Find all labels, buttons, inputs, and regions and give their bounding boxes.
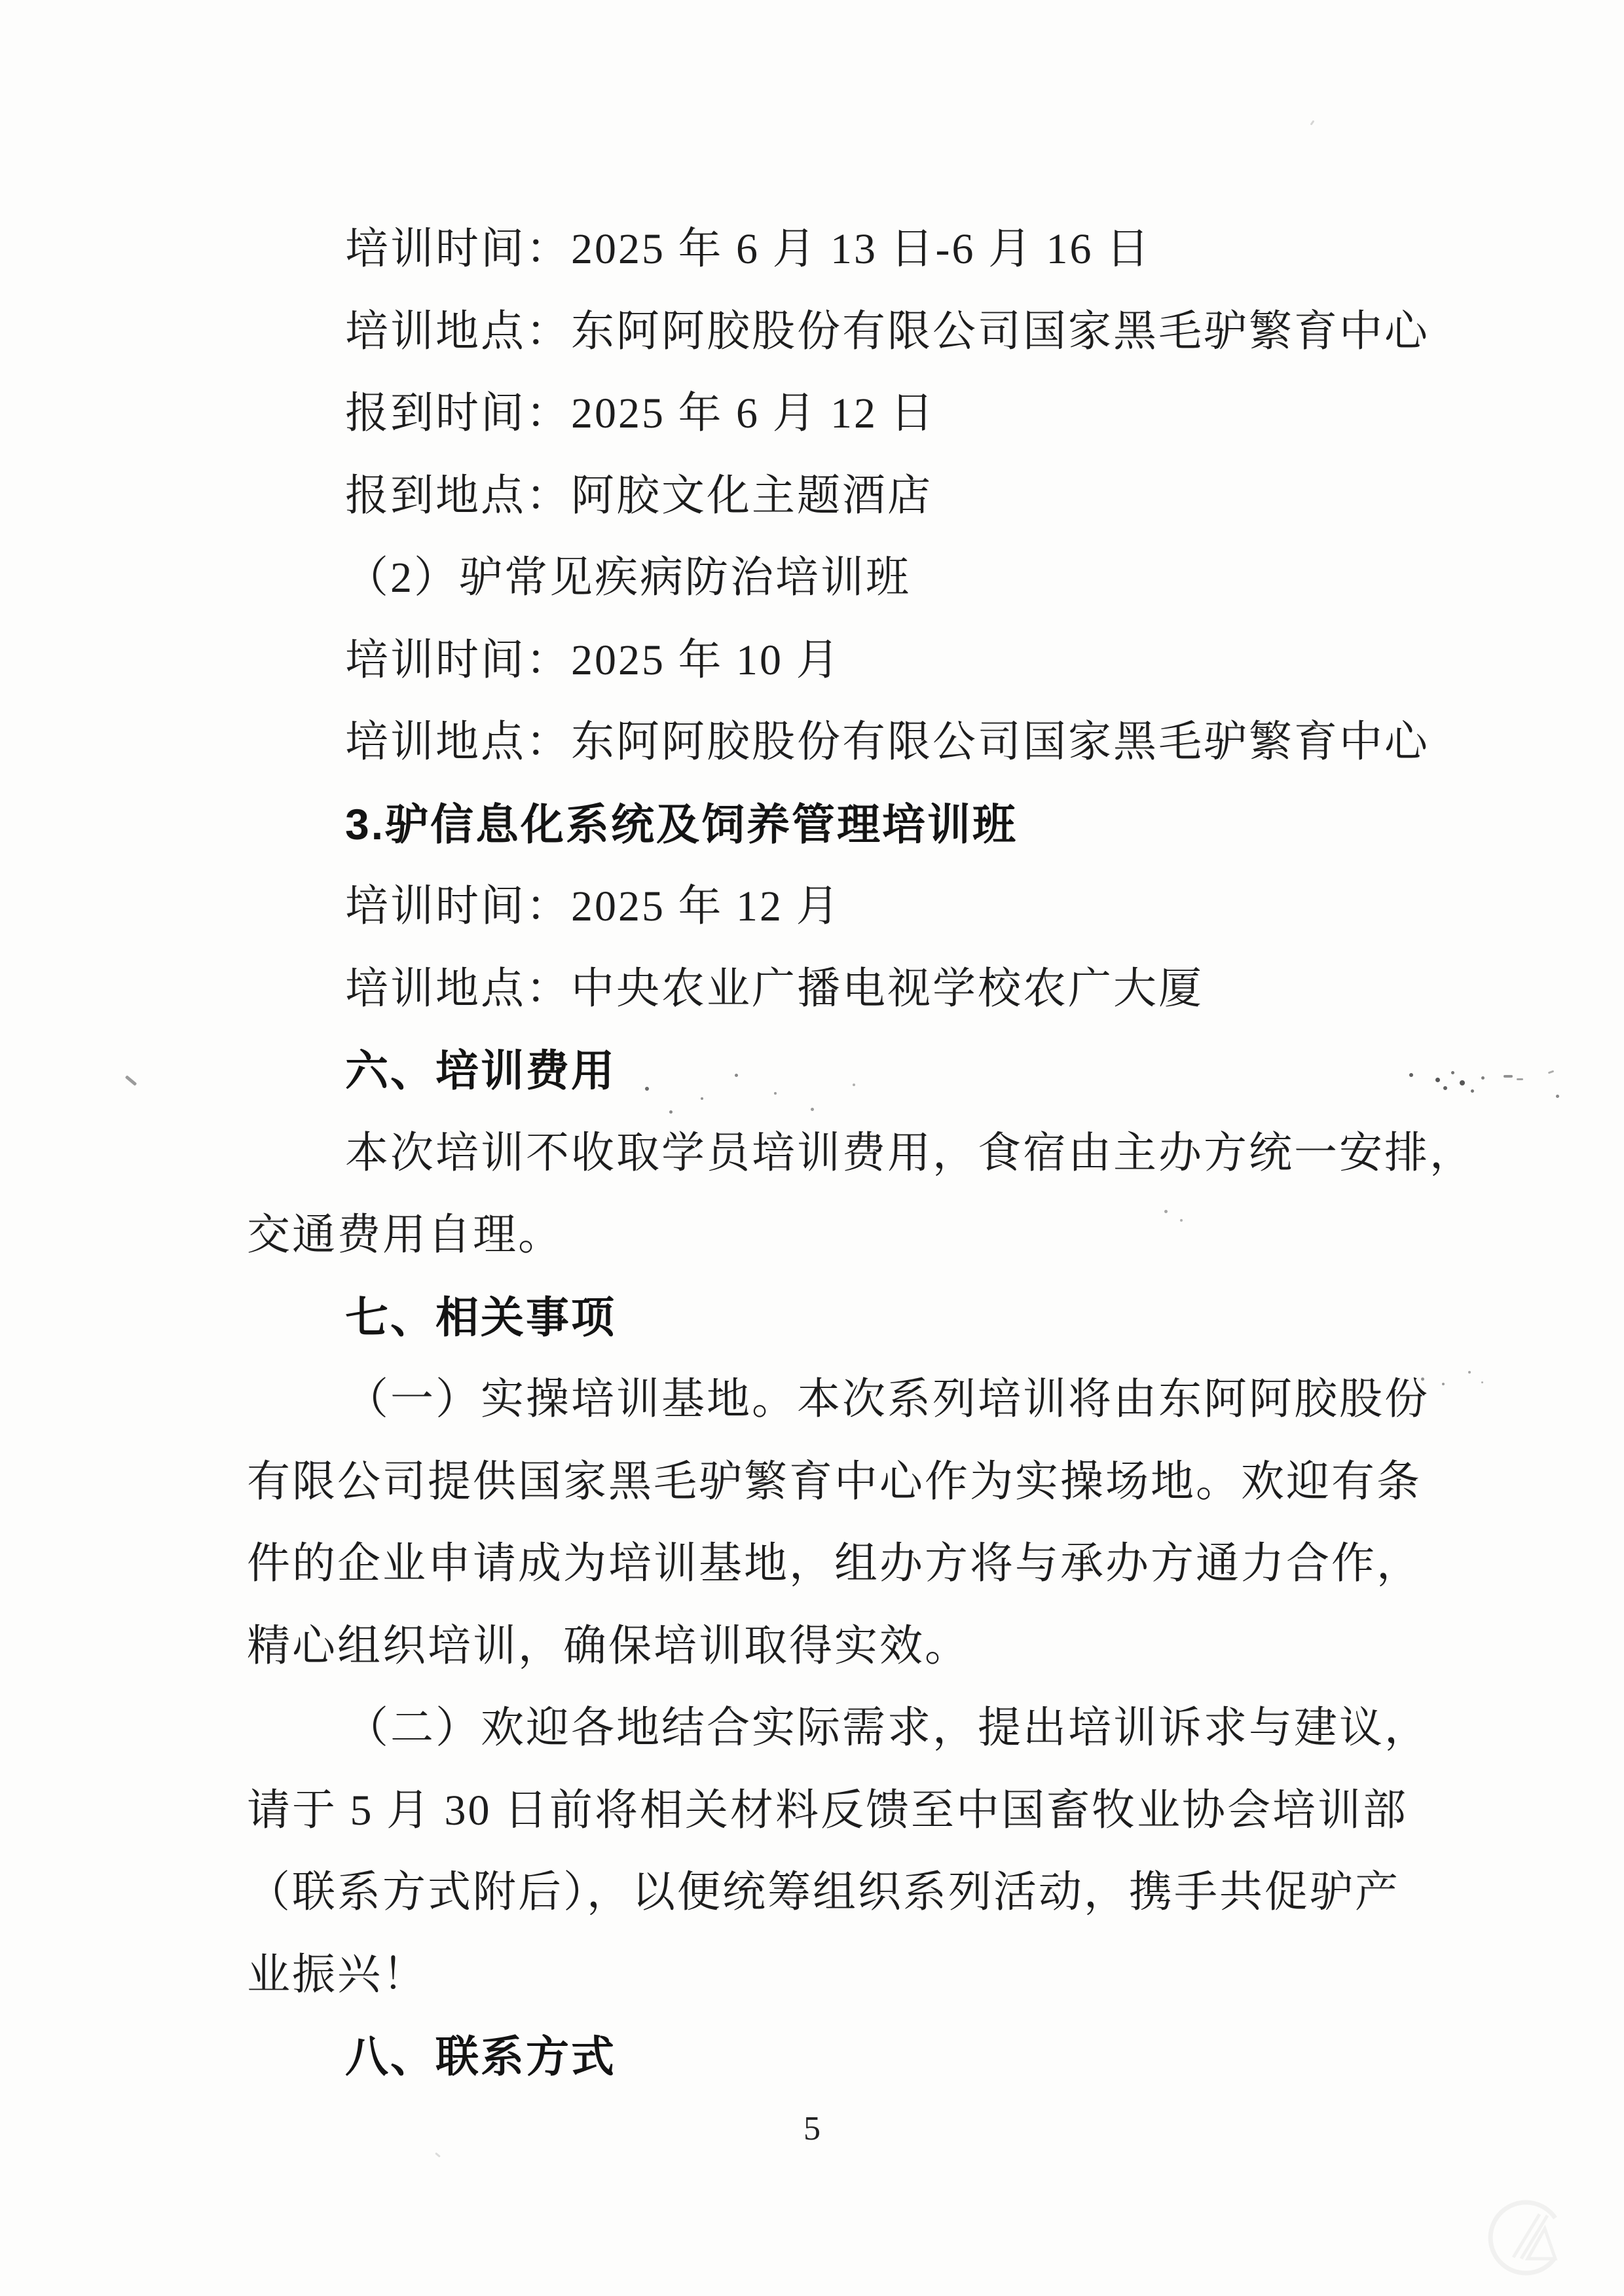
- doc-line: 交通费用自理。: [247, 1194, 1445, 1277]
- scan-speckle: [1180, 1219, 1183, 1222]
- doc-line: 件的企业申请成为培训基地，组办方将与承办方通力合作，: [247, 1523, 1445, 1605]
- scan-speckle: [645, 1087, 649, 1091]
- document-body: 培训时间：2025 年 6 月 13 日-6 月 16 日 培训地点：东阿阿胶股…: [247, 208, 1445, 2098]
- doc-line: 报到地点：阿胶文化主题酒店: [247, 455, 1445, 538]
- association-logo-watermark-icon: [1482, 2195, 1568, 2281]
- scan-speckle: [1481, 1381, 1483, 1383]
- doc-line: 培训地点：中央农业广播电视学校农广大厦: [247, 948, 1445, 1030]
- doc-heading-section-7: 七、相关事项: [247, 1277, 1445, 1359]
- doc-heading-item-3: 3.驴信息化系统及饲养管理培训班: [247, 784, 1445, 866]
- doc-line: （2）驴常见疾病防治培训班: [247, 537, 1445, 619]
- scan-speckle: [1164, 1210, 1168, 1213]
- scan-speckle: [1421, 1377, 1424, 1381]
- doc-line: 培训地点：东阿阿胶股份有限公司国家黑毛驴繁育中心: [247, 701, 1445, 784]
- scan-speckle: [1548, 1070, 1554, 1074]
- scan-speckle: [1471, 1089, 1474, 1093]
- doc-line: 培训时间：2025 年 12 月: [247, 866, 1445, 948]
- doc-line: 请于 5 月 30 日前将相关材料反馈至中国畜牧业协会培训部: [247, 1770, 1445, 1852]
- scan-speckle: [1468, 1371, 1471, 1374]
- scan-speckle: [1504, 1075, 1513, 1078]
- scan-speckle: [701, 1097, 703, 1100]
- scan-speckle: [1481, 1076, 1485, 1080]
- doc-line: 精心组织培训，确保培训取得实效。: [247, 1605, 1445, 1688]
- scan-speckle: [435, 2152, 441, 2157]
- scan-speckle: [853, 1084, 855, 1086]
- doc-line: （一）实操培训基地。本次系列培训将由东阿阿胶股份: [247, 1358, 1445, 1441]
- scan-speckle: [1409, 1073, 1413, 1077]
- doc-heading-section-6: 六、培训费用: [247, 1030, 1445, 1112]
- doc-heading-section-8: 八、联系方式: [247, 2016, 1445, 2098]
- scan-speckle: [1443, 1086, 1447, 1090]
- scan-speckle: [811, 1108, 814, 1111]
- scan-speckle: [1517, 1078, 1523, 1080]
- scan-speckle: [669, 1110, 673, 1114]
- scan-speckle: [1556, 1095, 1559, 1098]
- doc-line: 培训时间：2025 年 10 月: [247, 619, 1445, 702]
- scan-speckle: [1451, 1071, 1454, 1074]
- doc-line: 培训地点：东阿阿胶股份有限公司国家黑毛驴繁育中心: [247, 291, 1445, 373]
- doc-line: 报到时间：2025 年 6 月 12 日: [247, 373, 1445, 455]
- doc-line: （联系方式附后），以便统筹组织系列活动，携手共促驴产: [247, 1851, 1445, 1934]
- scan-speckle: [774, 1092, 777, 1095]
- doc-line: 业振兴！: [247, 1934, 1445, 2016]
- scanned-document-page: 培训时间：2025 年 6 月 13 日-6 月 16 日 培训地点：东阿阿胶股…: [0, 0, 1624, 2296]
- scan-speckle: [1442, 1383, 1445, 1385]
- doc-line: （二）欢迎各地结合实际需求，提出培训诉求与建议，: [247, 1687, 1445, 1770]
- doc-line: 本次培训不收取学员培训费用，食宿由主办方统一安排，: [247, 1112, 1445, 1195]
- scan-speckle: [1310, 120, 1314, 125]
- scan-speckle: [125, 1075, 138, 1086]
- scan-speckle: [1460, 1080, 1465, 1085]
- doc-line: 培训时间：2025 年 6 月 13 日-6 月 16 日: [247, 208, 1445, 291]
- page-number: 5: [0, 2109, 1624, 2148]
- doc-line: 有限公司提供国家黑毛驴繁育中心作为实操场地。欢迎有条: [247, 1441, 1445, 1523]
- scan-speckle: [1435, 1078, 1440, 1082]
- scan-speckle: [735, 1074, 738, 1077]
